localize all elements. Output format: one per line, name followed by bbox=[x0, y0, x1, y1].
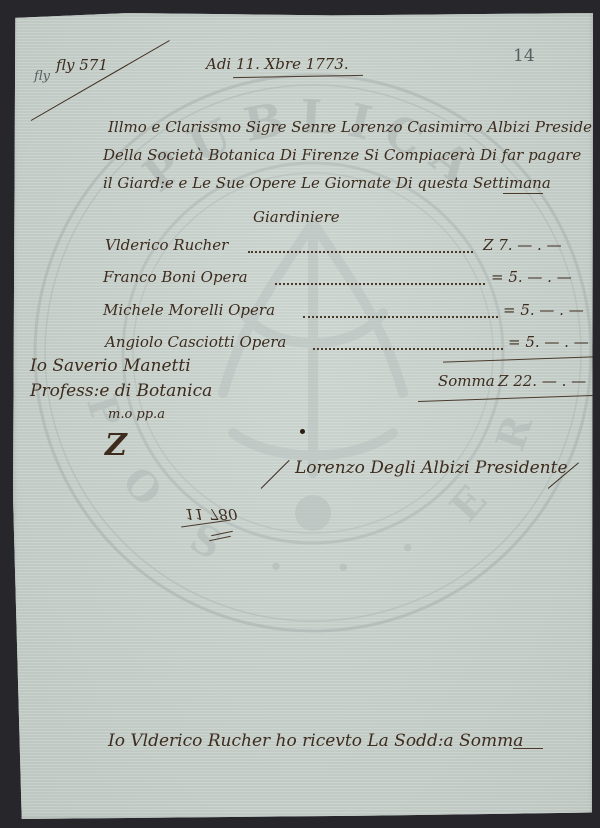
payees-heading: Giardiniere bbox=[253, 210, 340, 225]
date-line: Adi 11. Xbre 1773. bbox=[206, 57, 349, 72]
payee-amount: = 5. — . — bbox=[508, 335, 589, 350]
payee-name: Franco Boni Opera bbox=[103, 270, 248, 285]
president-signature: Lorenzo Degli Albizi Presidente bbox=[295, 460, 568, 477]
flourish-mark: Z bbox=[105, 431, 127, 461]
total-label: Somma bbox=[438, 374, 495, 389]
signature-flourish-left bbox=[261, 460, 290, 489]
payee-amount: Z 7. — . — bbox=[483, 238, 562, 253]
address-line-2: Della Società Botanica Di Firenze Si Com… bbox=[103, 148, 581, 163]
archive-ref-prefix: fly bbox=[34, 70, 50, 83]
approval-line-1: Io Saverio Manetti bbox=[30, 358, 191, 375]
archive-ref-number: fly 571 bbox=[56, 58, 108, 73]
date-underline bbox=[233, 75, 363, 78]
address-line-1: Illmo e Clarissmo Sigre Senre Lorenzo Ca… bbox=[108, 120, 600, 135]
document-paper: PUBLICA P O S · · · E R fly fly 571 14 A… bbox=[13, 13, 593, 819]
approval-line-2: Profess:e di Botanica bbox=[30, 383, 212, 400]
receipt-end-rule bbox=[513, 748, 543, 749]
payee-leader bbox=[275, 283, 485, 285]
page-number: 14 bbox=[513, 48, 535, 65]
ledger-double-mark bbox=[209, 536, 231, 542]
payee-name: Vlderico Rucher bbox=[105, 238, 228, 253]
payee-amount: = 5. — . — bbox=[503, 303, 584, 318]
receipt-line: Io Vlderico Rucher ho ricevto La Sodd:a … bbox=[108, 733, 523, 750]
payee-leader bbox=[248, 251, 473, 253]
payee-amount: = 5. — . — bbox=[491, 270, 572, 285]
payee-leader bbox=[303, 316, 498, 318]
approval-line-3: m.o pp.a bbox=[108, 408, 165, 421]
address-line-3: il Giard:e e Le Sue Opere Le Giornate Di… bbox=[103, 176, 551, 191]
payee-name: Michele Morelli Opera bbox=[103, 303, 275, 318]
payee-leader bbox=[313, 348, 503, 350]
archive-slash-line bbox=[31, 40, 170, 121]
total-amount: Z 22. — . — bbox=[498, 374, 586, 389]
address-end-rule bbox=[503, 193, 543, 194]
payee-name: Angiolo Casciotti Opera bbox=[105, 335, 286, 350]
total-top-rule bbox=[443, 356, 593, 362]
total-bottom-rule bbox=[418, 395, 593, 402]
ink-dot bbox=[300, 429, 305, 434]
